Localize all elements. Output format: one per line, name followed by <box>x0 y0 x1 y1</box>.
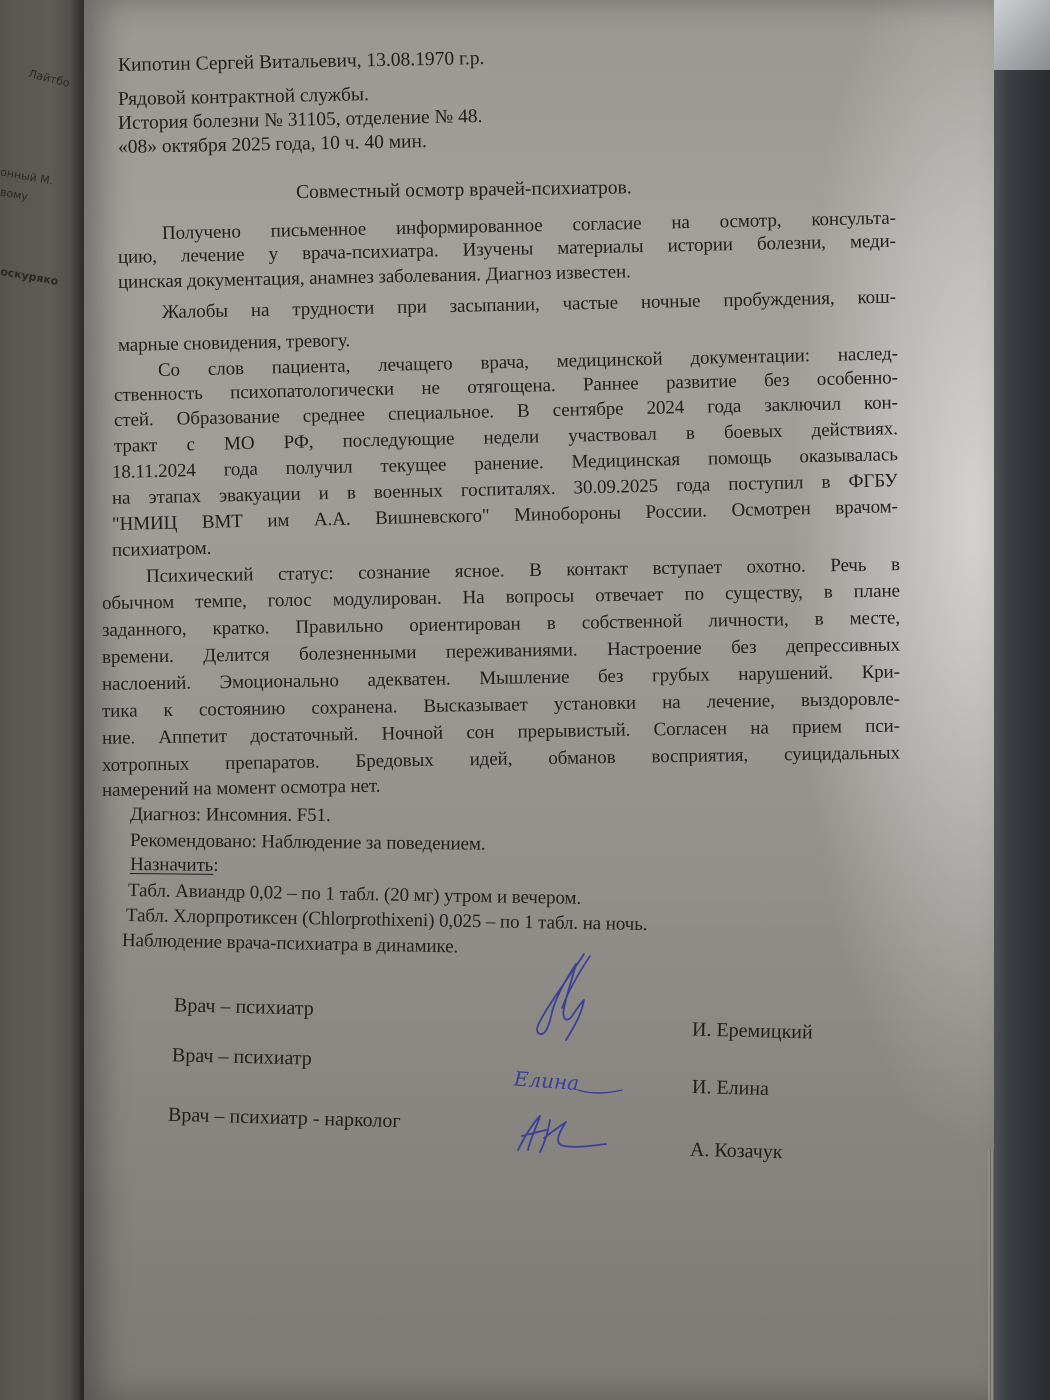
medical-history-line: История болезни № 31105, отделение № 48. <box>118 106 483 135</box>
adjacent-page-fragment: Лайтбо <box>27 67 71 90</box>
mental-status-line: намерений на момент осмотра нет. <box>102 776 381 802</box>
photo-scene: Лайтбо онный М. вому оскуряко Кипотин Се… <box>0 0 1050 1400</box>
complaints-line: марные сновидения, тревогу. <box>118 330 351 357</box>
document-content: Кипотин Сергей Витальевич, 13.08.1970 г.… <box>84 0 994 1400</box>
signatory-role: Врач – психиатр - нарколог <box>168 1104 401 1133</box>
document-title: Совместный осмотр врачей-психиатров. <box>296 177 632 204</box>
complaints-line: Жалобы на трудности при засыпании, часты… <box>162 287 896 324</box>
document-page: Кипотин Сергей Витальевич, 13.08.1970 г.… <box>84 0 994 1400</box>
signature-eremitsky <box>514 952 614 1042</box>
adjacent-page: Лайтбо онный М. вому оскуряко <box>0 0 80 1400</box>
signatory-role: Врач – психиатр <box>172 1044 312 1070</box>
prescribe-heading: Назначить: <box>130 854 219 877</box>
service-line: Рядовой контрактной службы. <box>118 84 369 111</box>
signatory-name: А. Козачук <box>690 1139 783 1165</box>
diagnosis-line: Диагноз: Инсомния. F51. <box>130 804 331 827</box>
prescribe-label: Назначить <box>130 854 214 876</box>
signature-elina: Елина <box>510 1060 630 1100</box>
exam-date-line: «08» октября 2025 года, 10 ч. 40 мин. <box>118 131 427 159</box>
adjacent-page-fragment: вому <box>0 186 29 204</box>
patient-name-line: Кипотин Сергей Витальевич, 13.08.1970 г.… <box>118 48 485 77</box>
recommendation-line: Рекомендовано: Наблюдение за поведением. <box>130 830 486 856</box>
signatory-role: Врач – психиатр <box>174 994 314 1020</box>
binder-cover-edge <box>994 0 1050 1400</box>
signatory-name: И. Елина <box>692 1076 769 1101</box>
svg-text:Елина: Елина <box>512 1066 580 1095</box>
window-light-sheen <box>994 0 1050 70</box>
signature-kozachuk <box>514 1112 614 1157</box>
adjacent-page-fragment: онный М. <box>0 165 54 187</box>
anamnesis-line: психиатром. <box>112 538 212 562</box>
followup-line: Наблюдение врача-психиатра в динамике. <box>122 930 459 958</box>
prescribe-colon: : <box>213 855 218 876</box>
signatory-name: И. Еремицкий <box>692 1019 813 1045</box>
adjacent-page-fragment: оскуряко <box>0 265 59 288</box>
